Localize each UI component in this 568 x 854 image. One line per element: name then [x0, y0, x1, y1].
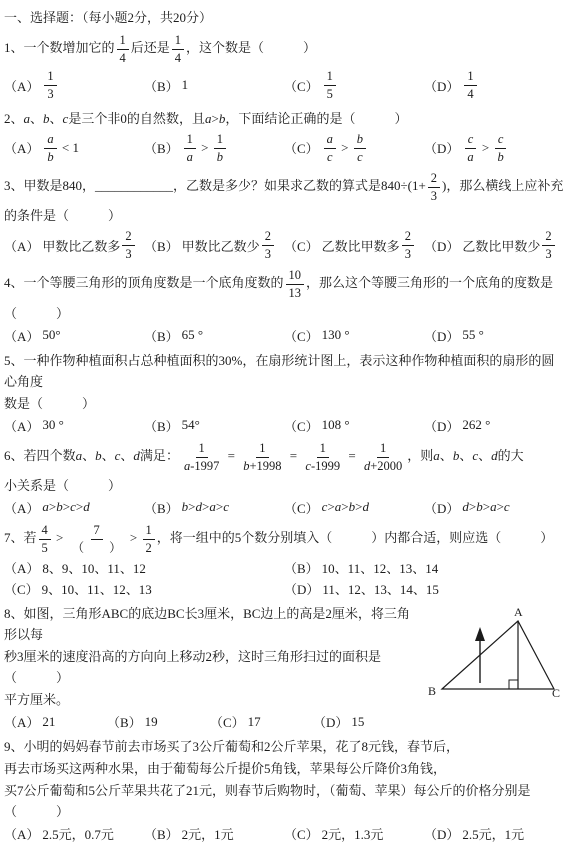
fraction-denominator: b [214, 149, 226, 164]
option: （D）2.5元，1元 [424, 824, 564, 843]
text-run: 后还是 [131, 40, 170, 55]
fraction: 1d+2000 [361, 441, 405, 473]
option: （D）乙数比甲数少23 [424, 228, 564, 262]
math-variable: d [491, 448, 498, 463]
question-stem-line: 的条件是（ ） [4, 205, 564, 226]
option: （B）65 ° [144, 326, 284, 345]
option: （B）2元，1元 [144, 824, 284, 843]
text-run: ，那么这个等腰三角形的一个底角的度数是 [306, 275, 553, 290]
option-label: （C） [284, 76, 319, 95]
fraction-denominator: b+1998 [240, 458, 284, 473]
math-variable: c [468, 132, 474, 146]
fraction: 23 [428, 171, 440, 203]
option: （D）11、12、13、14、15 [284, 579, 564, 598]
question-block: 4、一个等腰三角形的顶角度数是一个底角度数的1013，那么这个等腰三角形的一个底… [4, 267, 564, 344]
option: （A）a>b>c>d [4, 498, 144, 517]
fraction: 12 [143, 523, 155, 555]
fraction-numerator: 1 [184, 132, 196, 149]
option: （D）15 [313, 712, 416, 731]
option-label: （C） [284, 498, 319, 517]
math-variable: b [182, 499, 189, 514]
text-run: 7、若 [4, 530, 37, 545]
fraction-denominator: 4 [117, 50, 129, 65]
option-label: （C） [284, 326, 319, 345]
math-variable: c [223, 499, 229, 514]
fraction-numerator: a [44, 132, 56, 149]
options-row: （C）9、10、11、12、13（D）11、12、13、14、15 [4, 579, 564, 598]
option: （D）14 [424, 68, 564, 102]
fraction-denominator: 3 [44, 86, 56, 101]
math-variable: a [42, 499, 49, 514]
fraction: 14 [464, 69, 476, 101]
text-run: 21 [42, 714, 55, 730]
math-variable: b [219, 111, 226, 126]
option: （A）13 [4, 68, 144, 102]
option-label: （C） [4, 579, 39, 598]
question-stem-line: 2、a、b、c是三个非0的自然数，且a>b，下面结论正确的是（ ） [4, 108, 564, 129]
math-variable: b [497, 150, 503, 164]
option-label: （D） [424, 76, 459, 95]
text-run: > [479, 140, 493, 156]
math-variable: a [47, 132, 53, 146]
question-stem-line: 8、如图，三角形ABC的底边BC长3厘米，BC边上的高是2厘米，将三角形以每 [4, 603, 416, 645]
text-run: 54° [182, 417, 200, 433]
text-run: > [127, 530, 141, 545]
fraction-denominator: 4 [172, 50, 184, 65]
option: （A）ab < 1 [4, 131, 144, 165]
fraction-denominator: 3 [122, 246, 134, 261]
text-run: 15 [351, 714, 364, 730]
question-block: 6、若四个数a、b、c、d满足：1a-1997 = 1b+1998 = 1c-1… [4, 440, 564, 517]
text-run: 3、甲数是840，____________，乙数是多少？如果求乙数的算式是840… [4, 178, 426, 193]
text-run: 8、9、10、11、12 [42, 558, 146, 577]
fraction: 1a-1997 [181, 441, 222, 473]
question-stem-line: 再去市场买这两种水果，由于葡萄每公斤提价5角钱，苹果每公斤降价3角钱， [4, 758, 564, 779]
option-label: （A） [4, 236, 39, 255]
option-label: （D） [424, 236, 459, 255]
vertex-label-a: A [514, 605, 523, 619]
text-run: 乙数比甲数多 [322, 236, 400, 255]
option-label: （B） [144, 498, 179, 517]
text-run: 50° [42, 327, 60, 343]
math-variable: b [476, 499, 483, 514]
option: （D）262 ° [424, 416, 564, 435]
math-variable: d [462, 499, 469, 514]
math-variable: d [83, 499, 90, 514]
fraction-denominator: a-1997 [181, 458, 222, 473]
fraction-numerator: 1 [117, 33, 129, 50]
fraction: 1b+1998 [240, 441, 284, 473]
math-variable: a [184, 459, 190, 473]
math-text: a>b>c>d [42, 499, 89, 515]
math-variable: a [327, 132, 333, 146]
text-run: 2元，1.3元 [322, 824, 384, 843]
math-variable: c [322, 499, 328, 514]
fraction-numerator: 2 [428, 171, 440, 188]
math-variable: c [498, 132, 504, 146]
math-variable: c [70, 499, 76, 514]
fraction-numerator: c [465, 132, 477, 149]
question-stem-line: 9、小明的妈妈春节前去市场买了3公斤葡萄和2公斤苹果，花了8元钱，春节后， [4, 736, 564, 757]
text-run: 乙数比甲数少 [462, 236, 540, 255]
math-variable: a [24, 111, 31, 126]
text-run: 9、10、11、12、13 [42, 579, 152, 598]
fraction-denominator: 3 [402, 246, 414, 261]
text-run: ，将一组中的5个数分别填入（ ）内都合适，则应选（ ） [157, 530, 554, 545]
option: （D）d>b>a>c [424, 498, 564, 517]
text-run: )，那么横线上应补充 [442, 178, 563, 193]
fraction: 14 [117, 33, 129, 65]
option-label: （B） [144, 824, 179, 843]
text-run: 11、12、13、14、15 [322, 579, 439, 598]
triangle-abc [442, 621, 554, 689]
text-run: 17 [248, 714, 261, 730]
text-run: 1、一个数增加它的 [4, 40, 115, 55]
question-list: 1、一个数增加它的14后还是14，这个数是（ ）（A）13（B）1（C）15（D… [4, 32, 564, 843]
text-run: 55 ° [462, 327, 483, 343]
text-run: 19 [145, 714, 158, 730]
option-label: （B） [144, 236, 179, 255]
text-run: 108 ° [322, 417, 350, 433]
fraction-denominator: c [324, 149, 336, 164]
fraction: 23 [122, 229, 134, 261]
question-stem-line: 秒3厘米的速度沿高的方向向上移动2秒，这时三角形扫过的面积是（ ） [4, 646, 416, 688]
fraction-numerator: 1 [44, 69, 56, 86]
math-text: c>a>b>d [322, 499, 369, 515]
option-label: （C） [284, 824, 319, 843]
text-run: > [198, 140, 212, 156]
math-variable: a [433, 448, 440, 463]
fraction-denominator: b [494, 149, 506, 164]
option-label: （D） [424, 326, 459, 345]
question-stem-line: 数是（ ） [4, 393, 564, 414]
option: （C）ac > bc [284, 131, 424, 165]
vertex-label-c: C [552, 686, 560, 700]
options-row: （A）甲数比乙数多23（B）甲数比乙数少23（C）乙数比甲数多23（D）乙数比甲… [4, 228, 564, 262]
text-run: 262 ° [462, 417, 490, 433]
fraction-numerator: 1 [172, 33, 184, 50]
options-row: （A）ab < 1（B）1a > 1b（C）ac > bc（D）ca > cb [4, 131, 564, 165]
math-variable: a [490, 499, 497, 514]
math-variable: a [205, 111, 212, 126]
question-block: 2、a、b、c是三个非0的自然数，且a>b，下面结论正确的是（ ）（A）ab <… [4, 108, 564, 165]
fraction-numerator: 4 [39, 523, 51, 540]
option-label: （A） [4, 558, 39, 577]
text-run: > [53, 530, 67, 545]
option-label: （C） [284, 138, 319, 157]
option: （C）9、10、11、12、13 [4, 579, 284, 598]
option: （A）8、9、10、11、12 [4, 558, 284, 577]
math-variable: c [115, 448, 121, 463]
fraction-denominator: c-1999 [302, 458, 343, 473]
options-row: （A）8、9、10、11、12（B）10、11、12、13、14 [4, 558, 564, 577]
math-variable: c [305, 459, 311, 473]
text-run: = [345, 448, 359, 463]
fraction-denominator: 2 [143, 540, 155, 555]
section-title: 一、选择题：（每小题2分，共20分） [4, 7, 564, 28]
fraction-denominator: a [464, 149, 476, 164]
text-run: 30 ° [42, 417, 63, 433]
math-variable: b [217, 150, 223, 164]
option-label: （B） [144, 76, 179, 95]
option: （B）19 [107, 712, 210, 731]
option-label: （C） [210, 712, 245, 731]
option: （C）130 ° [284, 326, 424, 345]
fraction-denominator: （ ） [69, 540, 125, 555]
fraction-denominator: 3 [542, 246, 554, 261]
fraction: 23 [262, 229, 274, 261]
text-run: 8、如图，三角形ABC的底边BC长3厘米，BC边上的高是2厘米，将三角形以每 [4, 606, 410, 642]
text-run: 1 [182, 77, 189, 93]
fraction-numerator: 1 [214, 132, 226, 149]
question-stem-line: 1、一个数增加它的14后还是14，这个数是（ ） [4, 32, 564, 66]
fraction-numerator: 1 [317, 441, 329, 458]
question-stem-line: 4、一个等腰三角形的顶角度数是一个底角度数的1013，那么这个等腰三角形的一个底… [4, 267, 564, 301]
options-row: （A）a>b>c>d（B）b>d>a>c（C）c>a>b>d（D）d>b>a>c [4, 498, 564, 517]
fraction: 1c-1999 [302, 441, 343, 473]
text-run: 10、11、12、13、14 [322, 558, 439, 577]
option-label: （B） [144, 416, 179, 435]
text-run: 买7公斤葡萄和5公斤苹果共花了21元，则春节后购物时，（葡萄、苹果）每公斤的价格… [4, 783, 531, 819]
fraction-denominator: a [184, 149, 196, 164]
math-variable: b [95, 448, 102, 463]
question-stem-line: 5、一种作物种植面积占总种植面积的30%，在扇形统计图上，表示这种作物种植面积的… [4, 350, 564, 392]
fraction-numerator: 10 [286, 268, 305, 285]
math-variable: b [43, 111, 50, 126]
option: （B）1 [144, 76, 284, 95]
text-run: 秒3厘米的速度沿高的方向向上移动2秒，这时三角形扫过的面积是（ ） [4, 649, 381, 685]
fraction-numerator: 1 [196, 441, 208, 458]
fraction: bc [354, 132, 366, 164]
fraction: ca [464, 132, 476, 164]
math-text: 2、a、b、c是三个非0的自然数，且a>b，下面结论正确的是（ ） [4, 111, 408, 126]
math-variable: a [187, 150, 193, 164]
fraction: 15 [324, 69, 336, 101]
fraction-denominator: b [44, 149, 56, 164]
text-run: 小关系是（ ） [4, 478, 121, 493]
fraction-denominator: d+2000 [361, 458, 405, 473]
fraction-numerator: 7 [91, 523, 103, 540]
option-label: （C） [284, 416, 319, 435]
options-row: （A）13（B）1（C）15（D）14 [4, 68, 564, 102]
text-run: = [224, 448, 238, 463]
fraction-numerator: 2 [402, 229, 414, 246]
question-block: 3、甲数是840，____________，乙数是多少？如果求乙数的算式是840… [4, 170, 564, 263]
option: （A）甲数比乙数多23 [4, 228, 144, 262]
option: （A）2.5元，0.7元 [4, 824, 144, 843]
question-stem-line: 3、甲数是840，____________，乙数是多少？如果求乙数的算式是840… [4, 170, 564, 204]
fraction: 23 [542, 229, 554, 261]
fraction: ac [324, 132, 336, 164]
option-label: （D） [424, 138, 459, 157]
text-run: > [338, 140, 352, 156]
options-row: （A）2.5元，0.7元（B）2元，1元（C）2元，1.3元（D）2.5元，1元 [4, 824, 564, 843]
fraction-numerator: a [324, 132, 336, 149]
option: （B）甲数比乙数少23 [144, 228, 284, 262]
fraction-numerator: b [354, 132, 366, 149]
math-text: ，则a、b、c、d的大 [407, 448, 523, 463]
fraction: 45 [39, 523, 51, 555]
question-block: 7、若45 > 7（ ） > 12，将一组中的5个数分别填入（ ）内都合适，则应… [4, 522, 564, 598]
math-variable: a [209, 499, 216, 514]
options-row: （A）50°（B）65 °（C）130 °（D）55 ° [4, 326, 564, 345]
option-label: （A） [4, 76, 39, 95]
text-run: 5、一种作物种植面积占总种植面积的30%，在扇形统计图上，表示这种作物种植面积的… [4, 353, 554, 389]
option: （A）21 [4, 712, 107, 731]
option-label: （D） [313, 712, 348, 731]
math-variable: b [56, 499, 63, 514]
fraction: 1b [214, 132, 226, 164]
option-label: （D） [284, 579, 319, 598]
option: （C）2元，1.3元 [284, 824, 424, 843]
question-block: 9、小明的妈妈春节前去市场买了3公斤葡萄和2公斤苹果，花了8元钱，春节后，再去市… [4, 736, 564, 843]
text-run: 甲数比乙数少 [182, 236, 260, 255]
option: （C）108 ° [284, 416, 424, 435]
text-run: 平方厘米。 [4, 692, 69, 707]
vertex-label-b: B [428, 684, 436, 698]
text-run: < 1 [59, 140, 79, 156]
option-label: （D） [424, 416, 459, 435]
fraction: 1a [184, 132, 196, 164]
math-variable: d [133, 448, 140, 463]
option: （C）15 [284, 68, 424, 102]
option: （A）50° [4, 326, 144, 345]
fraction-denominator: 4 [464, 86, 476, 101]
question-stem-line: 7、若45 > 7（ ） > 12，将一组中的5个数分别填入（ ）内都合适，则应… [4, 522, 564, 556]
option-label: （A） [4, 824, 39, 843]
math-text: d>b>a>c [462, 499, 509, 515]
math-variable: b [243, 459, 249, 473]
fraction-numerator: 1 [324, 69, 336, 86]
fraction-denominator: c [354, 149, 366, 164]
question-block: 5、一种作物种植面积占总种植面积的30%，在扇形统计图上，表示这种作物种植面积的… [4, 350, 564, 435]
option: （B）1a > 1b [144, 131, 284, 165]
math-variable: c [472, 448, 478, 463]
text-run: ，这个数是（ ） [186, 40, 316, 55]
fraction: cb [494, 132, 506, 164]
text-run: 65 ° [182, 327, 203, 343]
question-stem-line: （ ） [4, 303, 564, 324]
fraction-numerator: 2 [542, 229, 554, 246]
option-label: （A） [4, 498, 39, 517]
fraction: 13 [44, 69, 56, 101]
math-variable: b [47, 150, 53, 164]
option-label: （C） [284, 236, 319, 255]
fraction-denominator: 5 [39, 540, 51, 555]
text-run: （ ） [4, 306, 69, 321]
fraction: 23 [402, 229, 414, 261]
fraction: 14 [172, 33, 184, 65]
question-block: 8、如图，三角形ABC的底边BC长3厘米，BC边上的高是2厘米，将三角形以每秒3… [4, 603, 564, 731]
option-label: （B） [144, 138, 179, 157]
fraction-denominator: 13 [286, 285, 305, 300]
text-run: = [287, 448, 301, 463]
fraction-denominator: 3 [428, 188, 440, 203]
math-variable: d [196, 499, 203, 514]
option-label: （A） [4, 326, 39, 345]
math-text: b>d>a>c [182, 499, 229, 515]
text-run: 再去市场买这两种水果，由于葡萄每公斤提价5角钱，苹果每公斤降价3角钱， [4, 761, 446, 776]
fraction: 1013 [286, 268, 305, 300]
option: （C）乙数比甲数多23 [284, 228, 424, 262]
option: （A）30 ° [4, 416, 144, 435]
math-variable: d [364, 459, 370, 473]
text-run: 数是（ ） [4, 396, 95, 411]
fraction: ab [44, 132, 56, 164]
fraction-numerator: 2 [262, 229, 274, 246]
text-run: 2.5元，0.7元 [42, 824, 114, 843]
math-variable: d [362, 499, 369, 514]
option: （C）c>a>b>d [284, 498, 424, 517]
options-row: （A）21（B）19（C）17（D）15 [4, 712, 416, 731]
option: （B）10、11、12、13、14 [284, 558, 564, 577]
option-label: （B） [144, 326, 179, 345]
option-label: （A） [4, 712, 39, 731]
option-label: （B） [107, 712, 142, 731]
math-variable: c [357, 150, 363, 164]
fraction-denominator: 3 [262, 246, 274, 261]
text-run: 的条件是（ ） [4, 208, 121, 223]
math-variable: a [467, 150, 473, 164]
fraction-denominator: 5 [324, 86, 336, 101]
math-variable: c [327, 150, 333, 164]
up-arrow-icon [475, 627, 485, 683]
options-row: （A）30 °（B）54°（C）108 °（D）262 ° [4, 416, 564, 435]
option-label: （B） [284, 558, 319, 577]
option: （D）55 ° [424, 326, 564, 345]
option-label: （D） [424, 824, 459, 843]
option-label: （A） [4, 138, 39, 157]
text-run: 9、小明的妈妈春节前去市场买了3公斤葡萄和2公斤苹果，花了8元钱，春节后， [4, 739, 459, 754]
fraction-numerator: 2 [122, 229, 134, 246]
math-variable: b [453, 448, 460, 463]
option: （C）17 [210, 712, 313, 731]
option: （B）54° [144, 416, 284, 435]
fraction-numerator: 1 [377, 441, 389, 458]
question-block: 1、一个数增加它的14后还是14，这个数是（ ）（A）13（B）1（C）15（D… [4, 32, 564, 103]
text-run: 2元，1元 [182, 824, 234, 843]
question-stem-line: 6、若四个数a、b、c、d满足：1a-1997 = 1b+1998 = 1c-1… [4, 440, 564, 474]
text-run: 2.5元，1元 [462, 824, 524, 843]
question-stem-line: 小关系是（ ） [4, 475, 564, 496]
exam-page: 一、选择题：（每小题2分，共20分） 1、一个数增加它的14后还是14，这个数是… [0, 0, 568, 854]
fraction: 7（ ） [69, 523, 125, 555]
triangle-figure: A B C [428, 605, 562, 705]
math-variable: c [63, 111, 69, 126]
text-run: 130 ° [322, 327, 350, 343]
question-stem-line: 买7公斤葡萄和5公斤苹果共花了21元，则春节后购物时，（葡萄、苹果）每公斤的价格… [4, 780, 564, 822]
fraction-numerator: 1 [143, 523, 155, 540]
question-stem-line: 平方厘米。 [4, 689, 416, 710]
option: （D）ca > cb [424, 131, 564, 165]
math-variable: b [349, 499, 356, 514]
option-label: （D） [424, 498, 459, 517]
math-variable: a [335, 499, 342, 514]
math-variable: a [76, 448, 83, 463]
fraction-numerator: 1 [256, 441, 268, 458]
text-run: 甲数比乙数多 [42, 236, 120, 255]
option: （B）b>d>a>c [144, 498, 284, 517]
option-label: （A） [4, 416, 39, 435]
fraction-numerator: c [495, 132, 507, 149]
fraction-numerator: 1 [464, 69, 476, 86]
math-text: 6、若四个数a、b、c、d满足： [4, 448, 179, 463]
text-run: 4、一个等腰三角形的顶角度数是一个底角度数的 [4, 275, 284, 290]
math-variable: c [504, 499, 510, 514]
height-line [509, 621, 518, 689]
math-variable: b [357, 132, 363, 146]
